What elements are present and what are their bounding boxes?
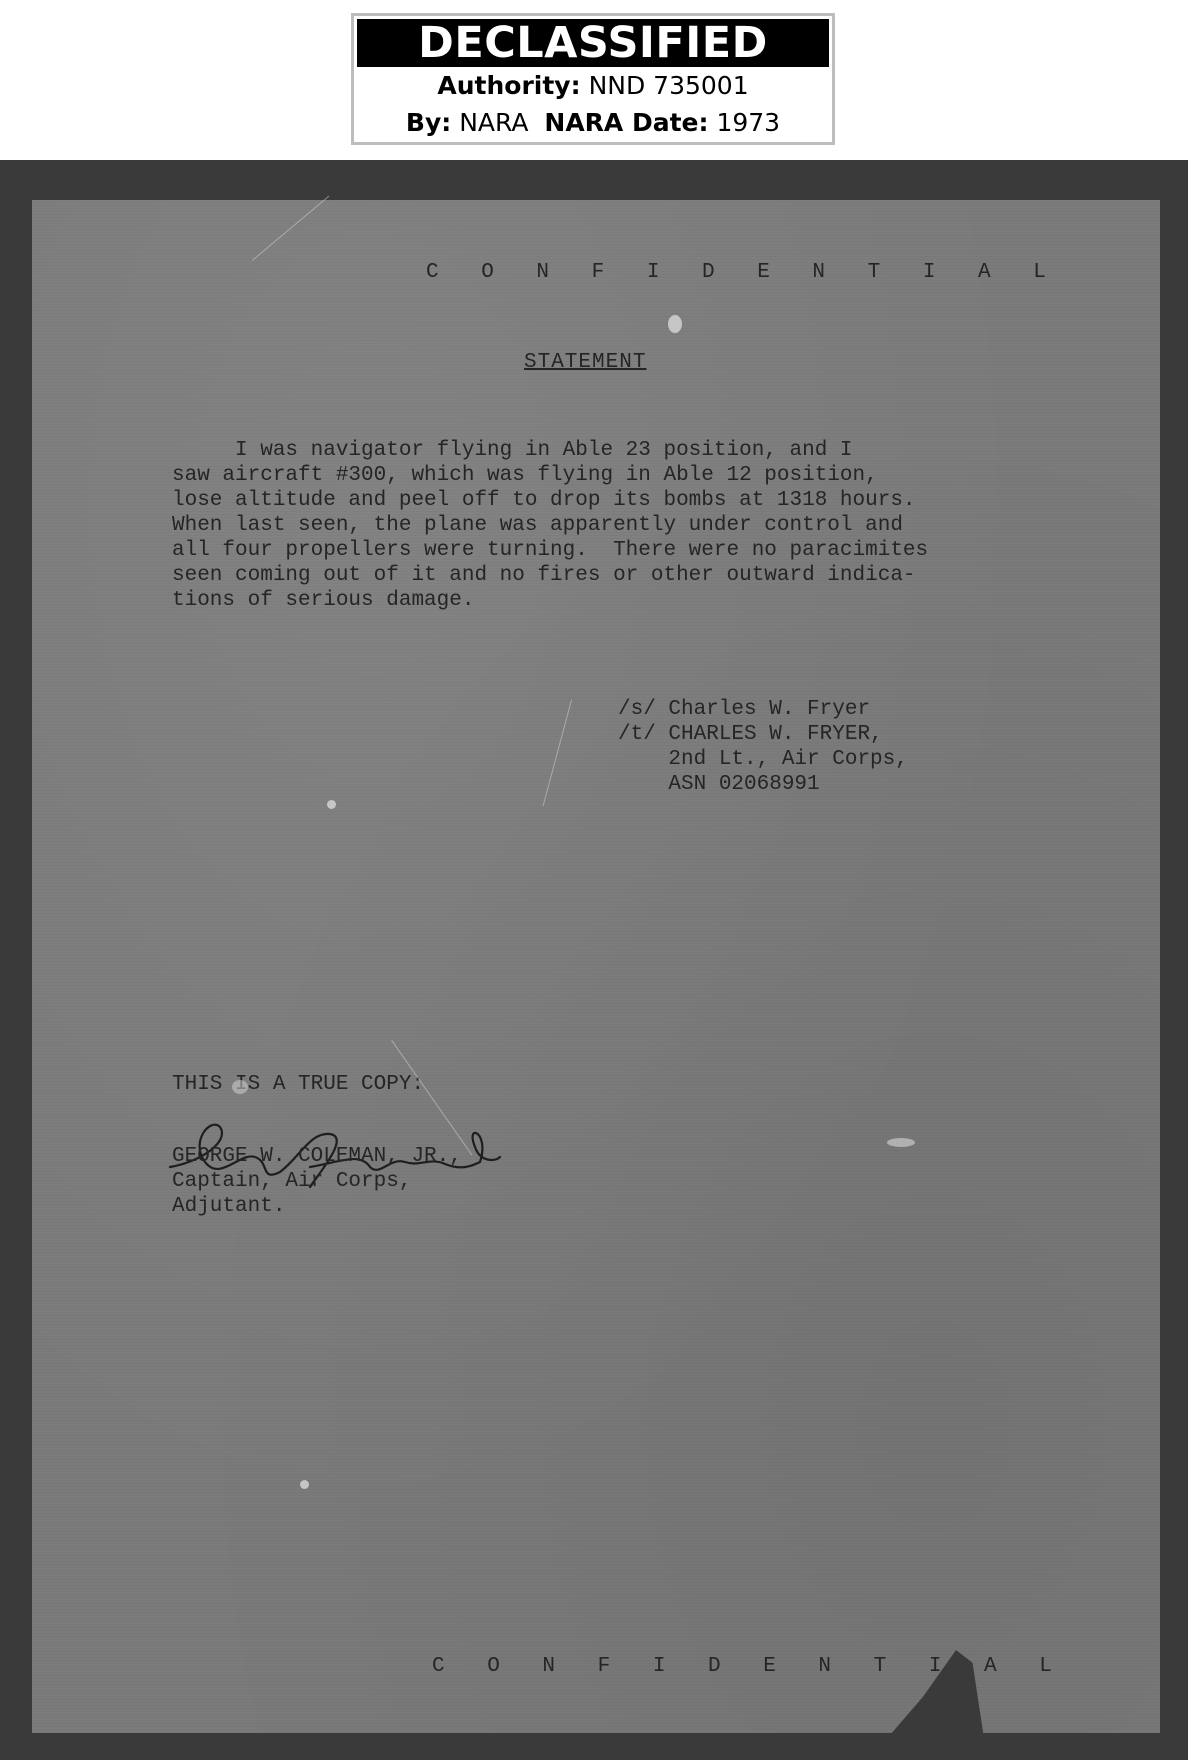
true-copy-statement: THIS IS A TRUE COPY: (172, 1072, 424, 1097)
typed-name: /t/ CHARLES W. FRYER, (618, 722, 883, 747)
body-line: I was navigator flying in Able 23 positi… (172, 438, 853, 463)
body-line: When last seen, the plane was apparently… (172, 513, 903, 538)
by-value: NARA (459, 108, 528, 137)
signed-name: /s/ Charles W. Fryer (618, 697, 870, 722)
dust-spot (327, 800, 336, 809)
dust-spot (887, 1138, 915, 1147)
document-title: STATEMENT (524, 350, 646, 375)
authority-label: Authority: (437, 71, 580, 100)
body-line: all four propellers were turning. There … (172, 538, 928, 563)
stamp-authority: Authority: NND 735001 (354, 67, 832, 104)
body-line: seen coming out of it and no fires or ot… (172, 563, 916, 588)
dust-spot (300, 1480, 309, 1489)
body-line: saw aircraft #300, which was flying in A… (172, 463, 878, 488)
declassified-stamp: DECLASSIFIED Authority: NND 735001 By: N… (351, 13, 835, 145)
scratch-mark (252, 196, 329, 261)
body-line: lose altitude and peel off to drop its b… (172, 488, 916, 513)
scanned-page: C O N F I D E N T I A L STATEMENT I was … (0, 160, 1188, 1760)
authority-value: NND 735001 (589, 71, 749, 100)
stamp-title: DECLASSIFIED (357, 19, 829, 67)
asn: ASN 02068991 (618, 772, 820, 797)
header-classification: C O N F I D E N T I A L (426, 260, 1061, 285)
certifier-rank: Captain, Air Corps, (172, 1169, 411, 1194)
dust-spot (668, 315, 682, 333)
stamp-by-date: By: NARA NARA Date: 1973 (354, 104, 832, 141)
document-paper: C O N F I D E N T I A L STATEMENT I was … (32, 200, 1160, 1733)
rank: 2nd Lt., Air Corps, (618, 747, 908, 772)
certifier-title: Adjutant. (172, 1194, 285, 1219)
certifier-name: GEORGE W. COLEMAN, JR., (172, 1144, 462, 1169)
dust-spot (232, 1080, 248, 1094)
scratch-mark (543, 700, 572, 807)
by-label: By: (406, 108, 451, 137)
body-line: tions of serious damage. (172, 588, 474, 613)
date-label: NARA Date: (544, 108, 708, 137)
date-value: 1973 (716, 108, 780, 137)
